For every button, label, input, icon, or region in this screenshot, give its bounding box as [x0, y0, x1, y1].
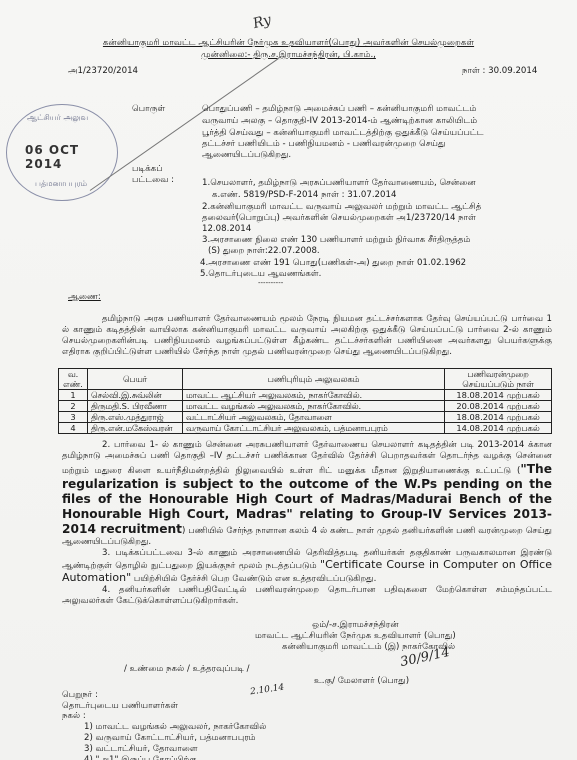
cell-serial: 3 — [59, 412, 88, 423]
reference-item: 3.அரசாணை நிலை எண் 130 பணியாளர் மற்றும் ந… — [202, 235, 470, 246]
document-title: கன்னியாகுமரி மாவட்ட ஆட்சியரின் நேர்முக உ… — [0, 38, 577, 49]
copy-item: 1) மாவட்ட வழங்கல் அலுவலர், நாகர்கோவில் — [84, 722, 266, 733]
order-paragraph-4: 4. தனியர்களின் பணிபதிவேட்டில் பணிவரன்முற… — [62, 585, 552, 607]
copy-label: நகல் : — [62, 711, 86, 722]
countersign: உ.கு/ மேலாளர் (பொது) — [314, 676, 409, 687]
recipient-label: பெறுநர் : — [62, 690, 98, 701]
reference-item: க.எண். 5819/PSD-F-2014 நாள் : 31.07.2014 — [212, 190, 396, 201]
reference-item: தலைவர்(பொறுப்பு) அவர்களின் செயல்முறைகள் … — [202, 213, 476, 224]
table-row: 2 திருமதி.S. பிரவீணா மாவட்ட வழங்கல் அலுவ… — [59, 401, 552, 412]
cell-date: 14.08.2014 முற்பகல் — [445, 423, 552, 434]
copy-item: 4) "அ1" இருப்பு கோப்பிற்கு — [84, 755, 197, 760]
subject-line: பொதுப்பணி – தமிழ்நாடு அமைச்சுப் பணி – கன… — [202, 104, 476, 115]
reference-item: 1.செயலாளர், தமிழ்நாடு அரசுப்பணியாளர் தேர… — [202, 178, 476, 189]
order-paragraph-3: 3. படிக்கப்பட்டவை 3-ல் காணும் அரசாணையில்… — [62, 548, 552, 585]
cell-name: திருமதி.S. பிரவீணா — [88, 401, 183, 412]
para3-tamil-outro: பயிற்சியில் தேர்ச்சி பெற வேண்டும் என உத்… — [131, 574, 376, 584]
regularization-table: வ. எண். பெயர் பணிபுரியும் அலுவலகம் பணிவர… — [58, 368, 552, 434]
cell-office: மாவட்ட ஆட்சியர் அலுவலகம், நாகர்கோவில். — [183, 390, 445, 401]
reference-number: அ1/23720/2014 — [68, 66, 138, 77]
column-header: வ. எண். — [59, 369, 88, 390]
reference-item: 4.அரசாணை எண் 191 பொது(பணிகள்-அ) துறை நாள… — [200, 258, 466, 269]
initial-mark: 2.10.14 — [249, 683, 284, 698]
cell-office: வருவாய் கோட்டாட்சியர் அலுவலகம், பத்மனாபப… — [183, 423, 445, 434]
table-row: 4 திரு.என்.மகேஸ்வரன் வருவாய் கோட்டாட்சிய… — [59, 423, 552, 434]
column-header: பணிபுரியும் அலுவலகம் — [183, 369, 445, 390]
stamp-bottom-text: பத்மனாபபுரம் — [35, 179, 87, 189]
presided-by: முன்னிலை:- திரு.ச.இராமச்சந்திரன், பி.காம… — [0, 50, 577, 61]
separator: ---------- — [258, 278, 283, 289]
copy-item: 2) வருவாய் கோட்டாட்சியர், பத்மனாபபுரம் — [84, 733, 256, 744]
subject-line: வருவாய் அலகு – தொகுதி-IV 2013-2014-ம் ஆண… — [202, 116, 477, 127]
received-stamp: ஆட்சியர் அலுவ 06 OCT 2014 பத்மனாபபுரம் — [6, 104, 118, 201]
cell-name: செல்வி.இ.சுவ்லின் — [88, 390, 183, 401]
column-header: பெயர் — [88, 369, 183, 390]
subject-line: பூர்த்தி செய்வது – கன்னியாகுமரி மாவட்டத்… — [202, 128, 484, 139]
references-label: பட்டவை : — [132, 175, 174, 186]
cell-serial: 4 — [59, 423, 88, 434]
cell-date: 18.08.2014 முற்பகல் — [445, 412, 552, 423]
column-header: பணிவரன்முறை செய்யப்படும் நாள் — [445, 369, 552, 390]
cell-serial: 1 — [59, 390, 88, 401]
document-date: நாள் : 30.09.2014 — [462, 66, 537, 77]
subject-line: தட்டச்சர் பணியிடம் - பணிநியமனம் - பணிவரன… — [202, 139, 445, 150]
cell-date: 20.08.2014 முற்பகல் — [445, 401, 552, 412]
cell-office: மாவட்ட வழங்கல் அலுவலகம், நாகர்கோவில். — [183, 401, 445, 412]
cell-name: திரு.எஸ்.முத்துராஜ் — [88, 412, 183, 423]
reference-item: 12.08.2014 — [202, 224, 251, 235]
cell-serial: 2 — [59, 401, 88, 412]
order-paragraph-1: தமிழ்நாடு அரசு பணியாளர் தேர்வாணையம் மூலம… — [62, 314, 552, 358]
references-label: படிக்கப் — [132, 164, 163, 175]
cell-date: 18.08.2014 முற்பகல் — [445, 390, 552, 401]
stamp-date: 06 OCT 2014 — [25, 143, 117, 171]
cell-name: திரு.என்.மகேஸ்வரன் — [88, 423, 183, 434]
signatory-name: ஒம்/-ச.இராமச்சந்திரன் — [312, 620, 399, 631]
order-paragraph-2: 2. பார்வை 1- ல் காணும் சென்னை அரசுபணியாள… — [62, 440, 552, 548]
handwritten-initials: Ry — [251, 12, 273, 32]
table-row: 3 திரு.எஸ்.முத்துராஜ் வட்டாட்சியர் அலுவல… — [59, 412, 552, 423]
table-row: 1 செல்வி.இ.சுவ்லின் மாவட்ட ஆட்சியர் அலுவ… — [59, 390, 552, 401]
cell-office: வட்டாட்சியர் அலுவலகம், தோவாளை — [183, 412, 445, 423]
copy-item: 3) வட்டாட்சியர், தோவாளை — [84, 744, 198, 755]
para2-tamil-intro: 2. பார்வை 1- ல் காணும் சென்னை அரசுபணியாள… — [62, 440, 552, 476]
reference-item: 2.கன்னியாகுமரி மாவட்ட வருவாய் அலுவலர் மற… — [202, 202, 481, 213]
true-copy-note: / உண்மை நகல் / உத்தரவுப்படி / — [124, 664, 250, 675]
stamp-top-text: ஆட்சியர் அலுவ — [27, 113, 88, 123]
document-page: Ry கன்னியாகுமரி மாவட்ட ஆட்சியரின் நேர்மு… — [0, 0, 577, 760]
subject-line: ஆணையிடப்படுகிறது. — [202, 150, 291, 161]
order-heading: ஆணை: — [68, 292, 101, 303]
subject-label: பொருள் — [132, 104, 165, 115]
signatory-designation: மாவட்ட ஆட்சியரின் நேர்முக உதவியாளர் (பொத… — [255, 631, 456, 642]
reference-item: (S) துறை நாள்:22.07.2008. — [208, 246, 320, 257]
